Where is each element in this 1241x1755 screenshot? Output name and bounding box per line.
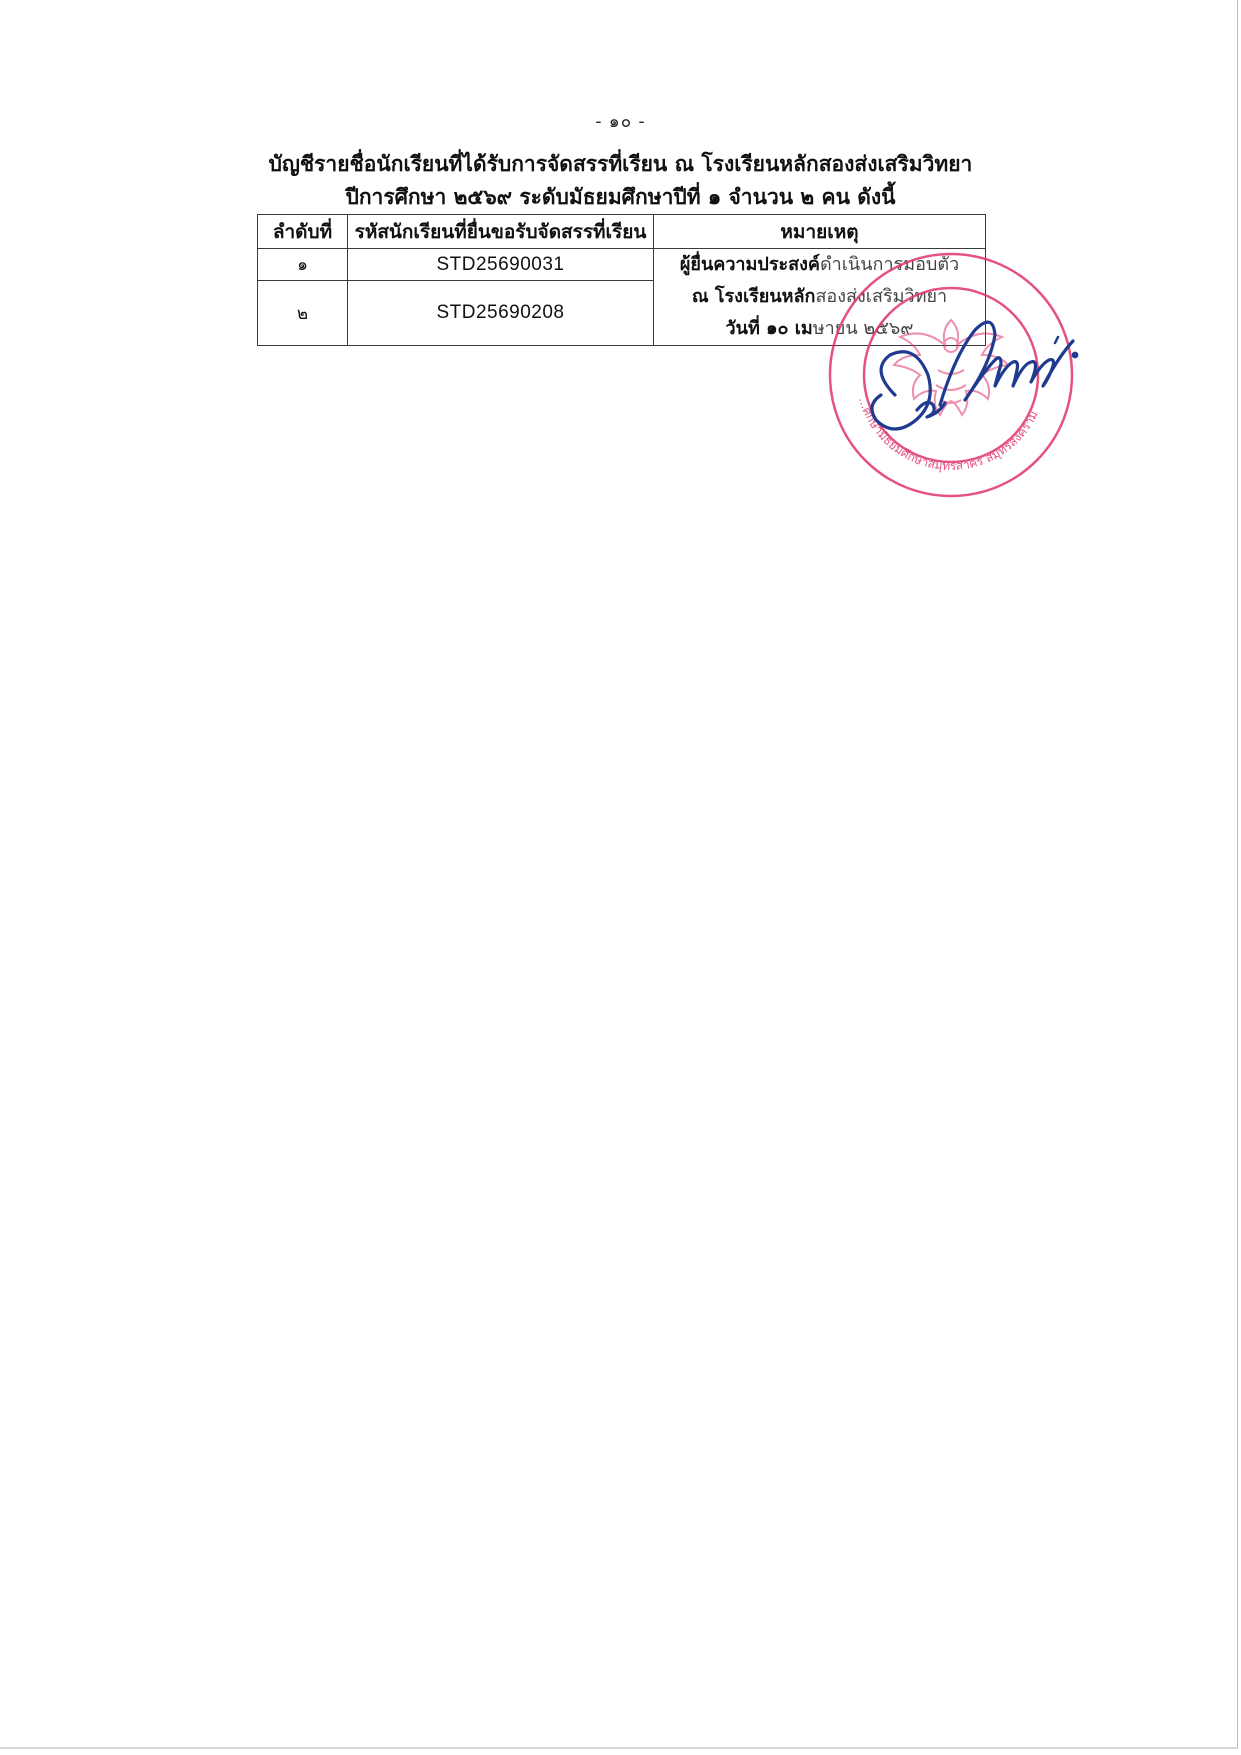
document-title-line-1: บัญชีรายชื่อนักเรียนที่ได้รับการจัดสรรที… [0, 148, 1241, 181]
scan-edge-right [1237, 0, 1238, 1748]
svg-text:...ศึกษามัธยมศึกษาสมุทรสาคร สม: ...ศึกษามัธยมศึกษาสมุทรสาคร สมุทรสงคราม [856, 396, 1041, 474]
table-row: ๑ STD25690031 ผู้ยื่นความประสงค์ดำเนินกา… [258, 249, 986, 281]
page-number: - ๑๐ - [0, 108, 1241, 135]
column-header-order: ลำดับที่ [258, 215, 348, 249]
row-student-code: STD25690031 [348, 249, 654, 281]
column-header-student-code: รหัสนักเรียนที่ยื่นขอรับจัดสรรที่เรียน [348, 215, 654, 249]
row-student-code: STD25690208 [348, 281, 654, 346]
remark-line-3: วันที่ ๑๐ เมษายน ๒๕๖๙ [654, 313, 985, 345]
remark-cell: ผู้ยื่นความประสงค์ดำเนินการมอบตัว ณ โรงเ… [654, 249, 986, 346]
student-allocation-table: ลำดับที่ รหัสนักเรียนที่ยื่นขอรับจัดสรรท… [257, 214, 986, 346]
remark-line-2: ณ โรงเรียนหลักสองส่งเสริมวิทยา [654, 281, 985, 313]
column-header-remark: หมายเหตุ [654, 215, 986, 249]
table-header-row: ลำดับที่ รหัสนักเรียนที่ยื่นขอรับจัดสรรท… [258, 215, 986, 249]
document-title-line-2: ปีการศึกษา ๒๕๖๙ ระดับมัธยมศึกษาปีที่ ๑ จ… [0, 181, 1241, 214]
scan-edge-bottom [0, 1747, 1238, 1749]
row-order-number: ๒ [258, 281, 348, 346]
remark-line-1: ผู้ยื่นความประสงค์ดำเนินการมอบตัว [654, 249, 985, 281]
row-order-number: ๑ [258, 249, 348, 281]
